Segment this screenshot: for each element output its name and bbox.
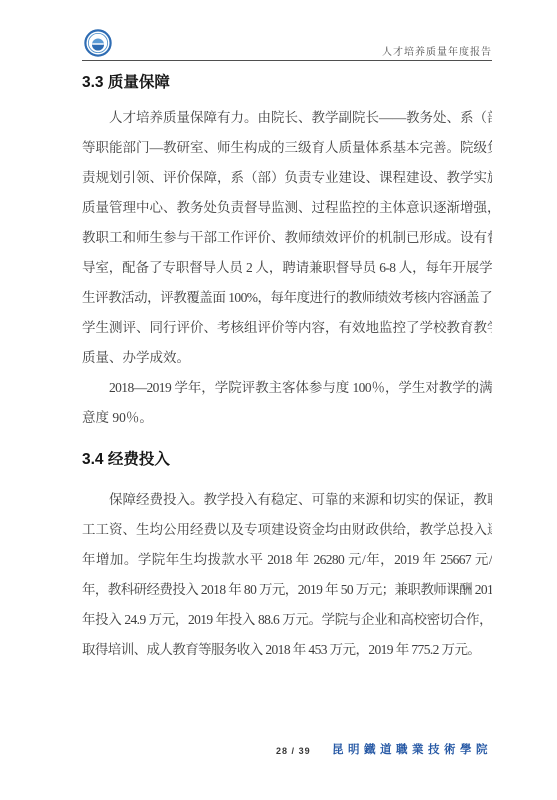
- paragraph: 人才培养质量保障有力。由院长、教学副院长——教务处、系（部） 等职能部门—教研室…: [82, 103, 492, 373]
- text-line: 年增加。学院年生均拨款水平 2018 年 26280 元/年，2019 年 25…: [82, 545, 492, 575]
- text-line: 责规划引领、评价保障，系（部）负责专业建设、课程建设、教学实施，: [82, 163, 492, 193]
- text-line: 2018—2019 学年，学院评教主客体参与度 100％，学生对教学的满: [82, 373, 492, 403]
- text-line: 学生测评、同行评价、考核组评价等内容，有效地监控了学校教育教学: [82, 313, 492, 343]
- text-line: 年，教科研经费投入 2018 年 80 万元，2019 年 50 万元；兼职教师…: [82, 575, 492, 605]
- page-footer: 28 / 39 昆明鐵道職業技術學院: [0, 741, 557, 767]
- school-seal-icon: [84, 29, 112, 57]
- text-line: 年投入 24.9 万元，2019 年投入 88.6 万元。学院与企业和高校密切合…: [82, 605, 492, 635]
- paragraph: 2018—2019 学年，学院评教主客体参与度 100％，学生对教学的满 意度 …: [82, 373, 492, 433]
- page-number: 28 / 39: [276, 746, 311, 756]
- section-body-quality-assurance: 人才培养质量保障有力。由院长、教学副院长——教务处、系（部） 等职能部门—教研室…: [82, 103, 492, 433]
- text-line: 工工资、生均公用经费以及专项建设资金均由财政供给，教学总投入逐: [82, 515, 492, 545]
- total-pages: 39: [299, 746, 311, 756]
- paragraph: 保障经费投入。教学投入有稳定、可靠的来源和切实的保证，教职 工工资、生均公用经费…: [82, 485, 492, 665]
- page-header: 人才培养质量年度报告: [82, 0, 492, 61]
- text-line: 质量管理中心、教务处负责督导监测、过程监控的主体意识逐渐增强，: [82, 193, 492, 223]
- document-page: 人才培养质量年度报告 3.3 质量保障 人才培养质量保障有力。由院长、教学副院长…: [0, 0, 557, 800]
- text-line: 保障经费投入。教学投入有稳定、可靠的来源和切实的保证，教职: [82, 485, 492, 515]
- section-heading-quality-assurance: 3.3 质量保障: [82, 73, 492, 93]
- school-name-calligraphy: 昆明鐵道職業技術學院: [332, 741, 492, 757]
- text-line: 教职工和师生参与干部工作评价、教师绩效评价的机制已形成。设有督: [82, 223, 492, 253]
- section-heading-funding-investment: 3.4 经费投入: [82, 450, 492, 470]
- text-line: 等职能部门—教研室、师生构成的三级育人质量体系基本完善。院级负: [82, 133, 492, 163]
- header-report-title: 人才培养质量年度报告: [382, 43, 492, 58]
- text-line: 导室，配备了专职督导人员 2 人，聘请兼职督导员 6-8 人，每年开展学: [82, 253, 492, 283]
- text-line: 质量、办学成效。: [82, 343, 492, 373]
- text-line: 生评教活动，评教覆盖面 100%，每年度进行的教师绩效考核内容涵盖了: [82, 283, 492, 313]
- current-page: 28: [276, 746, 288, 756]
- text-line: 人才培养质量保障有力。由院长、教学副院长——教务处、系（部）: [82, 103, 492, 133]
- text-line: 取得培训、成人教育等服务收入 2018 年 453 万元，2019 年 775.…: [82, 635, 492, 665]
- section-body-funding-investment: 保障经费投入。教学投入有稳定、可靠的来源和切实的保证，教职 工工资、生均公用经费…: [82, 485, 492, 665]
- text-line: 意度 90％。: [82, 403, 492, 433]
- page-separator: /: [292, 746, 296, 756]
